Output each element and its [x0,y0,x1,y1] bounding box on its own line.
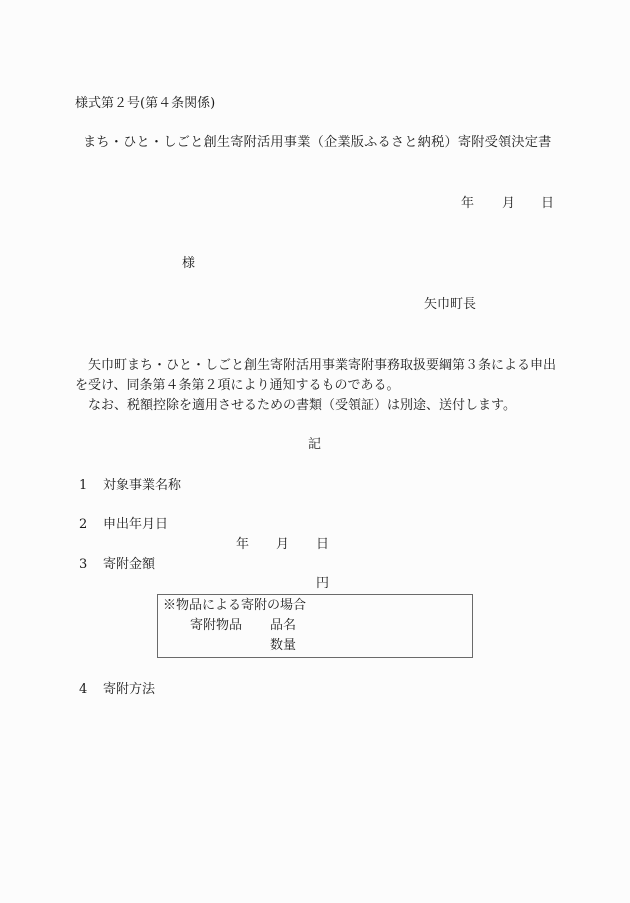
sender-name: 矢巾町長 [424,298,476,311]
issue-date-year-label: 年 [461,197,474,210]
application-date-day-label: 日 [316,538,329,551]
item-donation-amount: 3寄附金額 [79,558,155,571]
goods-box-title: ※物品による寄附の場合 [163,599,306,612]
goods-donation-box: ※物品による寄附の場合 寄附物品 品名 数量 [157,594,473,658]
goods-quantity-label: 数量 [270,639,296,652]
item-label: 寄附方法 [103,682,155,697]
form-number: 様式第２号(第４条関係) [75,97,215,110]
amount-unit-yen: 円 [316,577,329,590]
issue-date-month-label: 月 [502,197,515,210]
body-paragraph-1: 矢巾町まち・ひと・しごと創生寄附活用事業寄附事務取扱要綱第３条による申出を受け、… [75,356,557,396]
item-application-date: 2申出年月日 [79,518,168,531]
item-number: 2 [79,518,103,531]
addressee-suffix: 様 [182,257,195,270]
document-title: まち・ひと・しごと創生寄附活用事業（企業版ふるさと納税）寄附受領決定書 [83,136,552,149]
item-label: 寄附金額 [103,557,155,572]
item-number: 4 [79,683,103,696]
item-label: 申出年月日 [103,517,168,532]
item-target-project: 1対象事業名称 [79,479,181,492]
item-label: 対象事業名称 [103,478,181,493]
body-text: 矢巾町まち・ひと・しごと創生寄附活用事業寄附事務取扱要綱第３条による申出を受け、… [75,356,557,416]
item-number: 3 [79,558,103,571]
application-date-year-label: 年 [236,538,249,551]
note-heading: 記 [308,438,321,451]
goods-label: 寄附物品 [190,619,242,632]
application-date-month-label: 月 [276,538,289,551]
item-number: 1 [79,479,103,492]
item-donation-method: 4寄附方法 [79,683,155,696]
issue-date-day-label: 日 [541,197,554,210]
goods-name-label: 品名 [270,619,296,632]
body-paragraph-2: なお、税額控除を適用させるための書類（受領証）は別途、送付します。 [75,396,557,416]
